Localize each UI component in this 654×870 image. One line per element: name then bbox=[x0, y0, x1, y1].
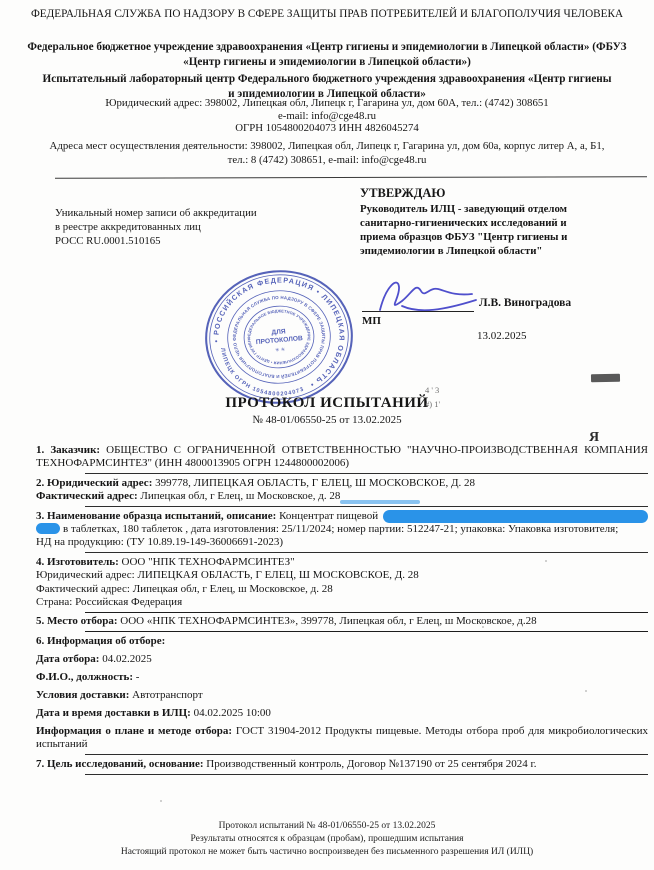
section-3-nd: НД на продукцию: (ТУ 10.89.19-149-360066… bbox=[36, 536, 648, 549]
section-6a-value: 04.02.2025 bbox=[102, 653, 152, 665]
section-2b-value: Липецкая обл, г Елец, ш Московское, д. 2… bbox=[140, 490, 340, 502]
section-3-value-start: Концентрат пищевой bbox=[279, 510, 378, 522]
protocol-sections: 1. Заказчик: ОБЩЕСТВО С ОГРАНИЧЕННОЙ ОТВ… bbox=[36, 444, 648, 777]
section-1-label: 1. Заказчик: bbox=[36, 444, 100, 456]
section-3-description-value: в таблетках, 180 таблеток , дата изготов… bbox=[63, 523, 618, 535]
section-divider bbox=[85, 552, 648, 553]
section-6-delivery-datetime: Дата и время доставки в ИЛЦ: 04.02.2025 … bbox=[36, 707, 648, 720]
section-4-manufacturer: 4. Изготовитель: ООО "НПК ТЕХНОФАРМСИНТЕ… bbox=[36, 556, 648, 569]
section-4b-label: Юридический адрес: bbox=[36, 569, 135, 581]
section-4d-value: Российская Федерация bbox=[75, 596, 182, 608]
redaction-pill bbox=[36, 523, 60, 534]
section-6a-label: Дата отбора: bbox=[36, 653, 99, 665]
federal-service-name: ФЕДЕРАЛЬНАЯ СЛУЖБА ПО НАДЗОРУ В СФЕРЕ ЗА… bbox=[27, 7, 627, 22]
section-1-customer: 1. Заказчик: ОБЩЕСТВО С ОГРАНИЧЕННОЙ ОТВ… bbox=[36, 444, 648, 471]
footer-results-note: Результаты относятся к образцам (пробам)… bbox=[0, 833, 654, 846]
section-divider bbox=[85, 754, 648, 755]
approval-block: УТВЕРЖДАЮ Руководитель ИЛЦ - заведующий … bbox=[360, 186, 635, 258]
section-6e-label: Информация о плане и методе отбора: bbox=[36, 725, 232, 737]
signer-name: Л.В. Виноградова bbox=[479, 297, 571, 309]
section-3-sample-description: в таблетках, 180 таблеток , дата изготов… bbox=[36, 523, 648, 536]
section-6-delivery-conditions: Условия доставки: Автотранспорт bbox=[36, 689, 648, 702]
approval-line-2: санитарно-гигиенических исследований и bbox=[360, 216, 635, 230]
section-4-value: ООО "НПК ТЕХНОФАРМСИНТЕЗ" bbox=[122, 556, 295, 568]
section-2-legal-address: 2. Юридический адрес: 399778, ЛИПЕЦКАЯ О… bbox=[36, 477, 648, 490]
organization-name: Федеральное бюджетное учреждение здравоо… bbox=[27, 40, 627, 69]
scan-bleed-column: 4 ' 3 #) 1' bbox=[425, 383, 443, 411]
section-4c-value: Липецкая обл, г Елец, ш Московское, д. 2… bbox=[133, 583, 333, 595]
section-5-label: 5. Место отбора: bbox=[36, 615, 118, 627]
email-line: e-mail: info@cge48.ru bbox=[27, 110, 627, 122]
stamp-center-line-1: ДЛЯ bbox=[271, 328, 286, 336]
section-5-value: ООО «НПК ТЕХНОФАРМСИНТЕЗ», 399778, Липец… bbox=[120, 615, 536, 627]
activity-addresses-line: Адреса мест осуществления деятельности: … bbox=[42, 139, 612, 167]
redaction-bar bbox=[383, 510, 648, 523]
page-footer: Протокол испытаний № 48-01/06550-25 от 1… bbox=[0, 820, 654, 859]
stamp-center-stars: ✳ ✳ bbox=[275, 347, 286, 354]
accreditation-line-1: Уникальный номер записи об аккредитации bbox=[55, 206, 257, 220]
approval-line-3: приема образцов ФБУЗ "Центр гигиены и bbox=[360, 230, 635, 244]
document-number-date: № 48-01/06550-25 от 13.02.2025 bbox=[0, 414, 654, 426]
section-4-label: 4. Изготовитель: bbox=[36, 556, 119, 568]
section-2-actual-address: Фактический адрес: Липецкая обл, г Елец,… bbox=[36, 490, 648, 503]
section-4-legal-address: Юридический адрес: ЛИПЕЦКАЯ ОБЛАСТЬ, Г Е… bbox=[36, 569, 648, 582]
section-2b-label: Фактический адрес: bbox=[36, 490, 138, 502]
section-7-label: 7. Цель исследований, основание: bbox=[36, 758, 204, 770]
section-6d-value: 04.02.2025 10:00 bbox=[194, 707, 271, 719]
section-4-actual-address: Фактический адрес: Липецкая обл, г Елец,… bbox=[36, 583, 648, 596]
section-6d-label: Дата и время доставки в ИЛЦ: bbox=[36, 707, 191, 719]
section-6c-label: Условия доставки: bbox=[36, 689, 129, 701]
section-4d-label: Страна: bbox=[36, 596, 72, 608]
signature-line bbox=[362, 311, 474, 312]
section-1-value: ОБЩЕСТВО С ОГРАНИЧЕННОЙ ОТВЕТСТВЕННОСТЬЮ… bbox=[36, 444, 648, 469]
ogrn-inn-line: ОГРН 1054800204073 ИНН 4826045274 bbox=[27, 122, 627, 134]
section-6-person: Ф.И.О., должность: - bbox=[36, 671, 648, 684]
scan-smudge bbox=[591, 374, 620, 383]
section-6c-value: Автотранспорт bbox=[132, 689, 203, 701]
scan-speck bbox=[160, 800, 162, 802]
section-divider bbox=[85, 774, 648, 775]
footer-reproduction-note: Настоящий протокол не может быть частичн… bbox=[0, 846, 654, 859]
approval-title: УТВЕРЖДАЮ bbox=[360, 186, 635, 200]
section-2-value: 399778, ЛИПЕЦКАЯ ОБЛАСТЬ, Г ЕЛЕЦ, Ш МОСК… bbox=[155, 477, 475, 489]
section-3-sample-name-row: 3. Наименование образца испытаний, описа… bbox=[36, 510, 648, 523]
accreditation-line-2: в реестре аккредитованных лиц bbox=[55, 220, 257, 234]
section-divider bbox=[85, 473, 648, 474]
legal-address-line: Юридический адрес: 398002, Липецкая обл,… bbox=[27, 97, 627, 109]
approval-line-4: эпидемиологии в Липецкой области" bbox=[360, 244, 635, 258]
approval-date: 13.02.2025 bbox=[477, 330, 527, 342]
section-4c-label: Фактический адрес: bbox=[36, 583, 130, 595]
section-divider bbox=[85, 631, 648, 632]
section-divider bbox=[85, 506, 648, 507]
section-6b-value: - bbox=[136, 671, 140, 683]
section-divider bbox=[85, 612, 648, 613]
section-6-header: 6. Информация об отборе: bbox=[36, 635, 648, 648]
section-7-purpose: 7. Цель исследований, основание: Произво… bbox=[36, 758, 648, 771]
section-2-label: 2. Юридический адрес: bbox=[36, 477, 152, 489]
header-divider-line bbox=[55, 176, 647, 179]
section-3-sample-name: 3. Наименование образца испытаний, описа… bbox=[36, 510, 378, 523]
accreditation-number: РОСС RU.0001.510165 bbox=[55, 234, 257, 248]
accreditation-block: Уникальный номер записи об аккредитации … bbox=[55, 206, 257, 248]
section-6-sampling-method: Информация о плане и методе отбора: ГОСТ… bbox=[36, 725, 648, 752]
section-6-sampling-date: Дата отбора: 04.02.2025 bbox=[36, 653, 648, 666]
round-stamp: • РОССИЙСКАЯ ФЕДЕРАЦИЯ • ЛИПЕЦКАЯ ОБЛАСТ… bbox=[196, 262, 361, 413]
section-5-sampling-place: 5. Место отбора: ООО «НПК ТЕХНОФАРМСИНТЕ… bbox=[36, 615, 648, 628]
document-title: ПРОТОКОЛ ИСПЫТАНИЙ bbox=[0, 395, 654, 412]
approval-line-1: Руководитель ИЛЦ - заведующий отделом bbox=[360, 202, 635, 216]
protocol-document-page: ФЕДЕРАЛЬНАЯ СЛУЖБА ПО НАДЗОРУ В СФЕРЕ ЗА… bbox=[0, 0, 654, 870]
section-4b-value: ЛИПЕЦКАЯ ОБЛАСТЬ, Г ЕЛЕЦ, Ш МОСКОВСКОЕ, … bbox=[137, 569, 418, 581]
section-7-value: Производственный контроль, Договор №1371… bbox=[206, 758, 536, 770]
footer-protocol-ref: Протокол испытаний № 48-01/06550-25 от 1… bbox=[0, 820, 654, 833]
section-3-label: 3. Наименование образца испытаний, описа… bbox=[36, 510, 276, 522]
stamp-place-label: МП bbox=[362, 315, 381, 327]
section-4-country: Страна: Российская Федерация bbox=[36, 596, 648, 609]
section-6b-label: Ф.И.О., должность: bbox=[36, 671, 133, 683]
stamp-center-line-2: ПРОТОКОЛОВ bbox=[256, 335, 304, 346]
